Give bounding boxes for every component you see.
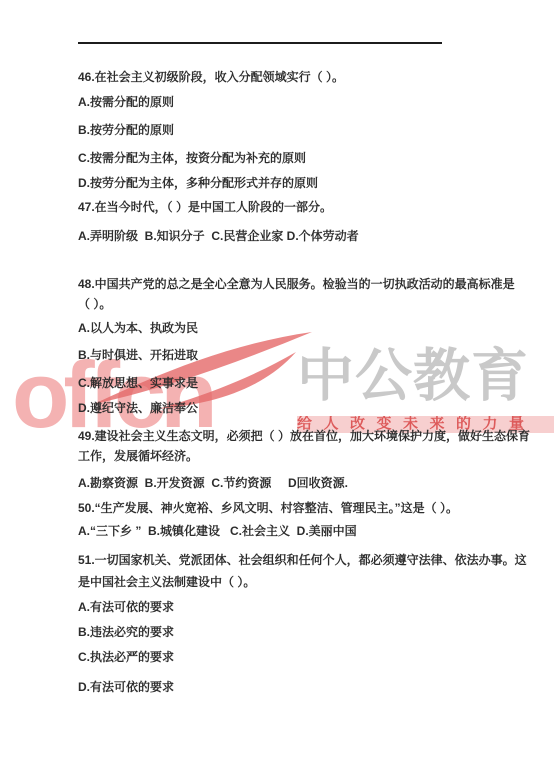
q51-option-b: B.违法必究的要求 [78,625,174,639]
q48-option-d: D.遵纪守法、廉洁奉公 [78,401,198,415]
q47-text: 47.在当今时代，（ ）是中国工人阶段的一部分。 [78,200,332,214]
exam-document-page: offcn 中公教育 给人改变未来的力量 46.在社会主义初级阶段，收入分配领域… [0,0,554,783]
q46-option-c: C.按需分配为主体，按资分配为补充的原则 [78,151,306,165]
q46-option-b: B.按劳分配的原则 [78,123,174,137]
q47-options: A.弄明阶级 B.知识分子 C.民营企业家 D.个体劳动者 [78,229,359,243]
q51-option-a: A.有法可依的要求 [78,600,174,614]
q48-text-line1: 48.中国共产党的总之是全心全意为人民服务。检验当的一切执政活动的最高标准是 [78,277,515,291]
q50-options: A.“三下乡 ” B.城镇化建设 C.社会主义 D.美丽中国 [78,524,357,538]
q48-option-b: B.与时俱进、开拓进取 [78,348,198,362]
q46-option-a: A.按需分配的原则 [78,95,174,109]
q51-text-line2: 是中国社会主义法制建设中（ ）。 [78,575,255,589]
q48-option-a: A.以人为本、执政为民 [78,321,198,335]
q49-options: A.勘察资源 B.开发资源 C.节约资源 D回收资源. [78,476,348,490]
q46-option-d: D.按劳分配为主体，多种分配形式并存的原则 [78,176,318,190]
offcn-swoosh-icon [92,330,314,410]
q48-text-line2: （ ）。 [78,297,111,311]
q48-option-c: C.解放思想、实事求是 [78,376,198,390]
q49-text-line1: 49.建设社会主义生态文明，必须把（ ）放在首位，加大环境保护力度，做好生态保育 [78,429,530,443]
q49-text-line2: 工作，发展循坏经济。 [78,449,198,463]
offcn-brand-cn: 中公教育 [297,348,529,405]
q51-option-d: D.有法可依的要求 [78,680,174,694]
offcn-watermark: offcn 中公教育 给人改变未来的力量 [0,0,554,783]
q51-option-c: C.执法必严的要求 [78,650,174,664]
q50-text: 50.“生产发展、神火宽裕、乡风文明、村容整洁、管理民主。”这是（ ）。 [78,501,458,515]
q51-text-line1: 51.一切国家机关、党派团体、社会组织和任何个人，都必须遵守法律、依法办事。这 [78,553,527,567]
q46-text: 46.在社会主义初级阶段，收入分配领域实行（ ）。 [78,70,344,84]
top-divider [78,42,442,44]
